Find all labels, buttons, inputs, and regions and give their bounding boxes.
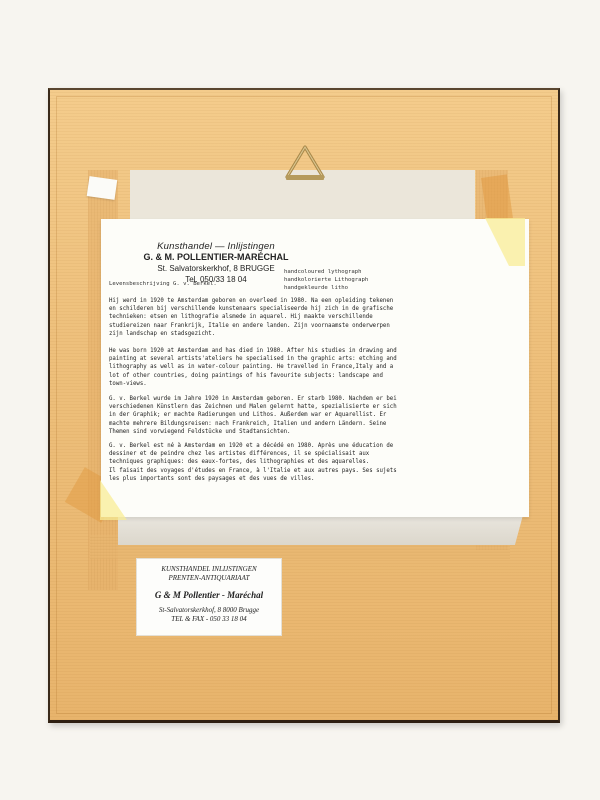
gallery-label: Kunsthandel — Inlijstingen G. & M. POLLE… (101, 219, 529, 517)
card-line2: PRENTEN-ANTIQUARIAAT (137, 574, 281, 583)
letterhead: Kunsthandel — Inlijstingen G. & M. POLLE… (141, 241, 291, 285)
technique-en: handcoloured lythograph (284, 268, 434, 276)
photo-scene: Kunsthandel — Inlijstingen G. & M. POLLE… (0, 0, 600, 800)
paper-strip (118, 515, 523, 545)
bio-paragraph-fr: G. v. Berkel est né à Amsterdam en 1920 … (109, 442, 509, 483)
card-address: St-Salvatorskerkhof, 8 8000 Brugge (137, 606, 281, 615)
card-line1: KUNSTHANDEL INLIJSTINGEN (137, 565, 281, 574)
technique-de: handkolorierte Lithograph (284, 276, 434, 284)
bio-paragraph-nl: Hij werd in 1920 te Amsterdam geboren en… (109, 297, 509, 338)
bio-title: Levensbeschrijving G. v. Berkel. (109, 281, 217, 287)
technique-list: handcoloured lythograph handkolorierte L… (284, 268, 434, 292)
card-name: G & M Pollentier - Maréchal (137, 589, 281, 601)
letterhead-line2: G. & M. POLLENTIER-MARÉCHAL (141, 252, 291, 263)
bio-paragraph-en: He was born 1920 at Amsterdam and has di… (109, 347, 509, 388)
paper-tab (87, 176, 118, 200)
card-phone: TEL & FAX - 050 33 18 04 (137, 615, 281, 624)
bio-paragraph-de: G. v. Berkel wurde im Jahre 1920 in Amst… (109, 395, 509, 436)
letterhead-line1: Kunsthandel — Inlijstingen (141, 241, 291, 252)
technique-nl: handgekleurde litho (284, 284, 434, 292)
letterhead-line3: St. Salvatorskerkhof, 8 BRUGGE (141, 263, 291, 274)
business-card: KUNSTHANDEL INLIJSTINGEN PRENTEN-ANTIQUA… (136, 558, 282, 636)
triangle-hanger-icon (283, 143, 327, 183)
